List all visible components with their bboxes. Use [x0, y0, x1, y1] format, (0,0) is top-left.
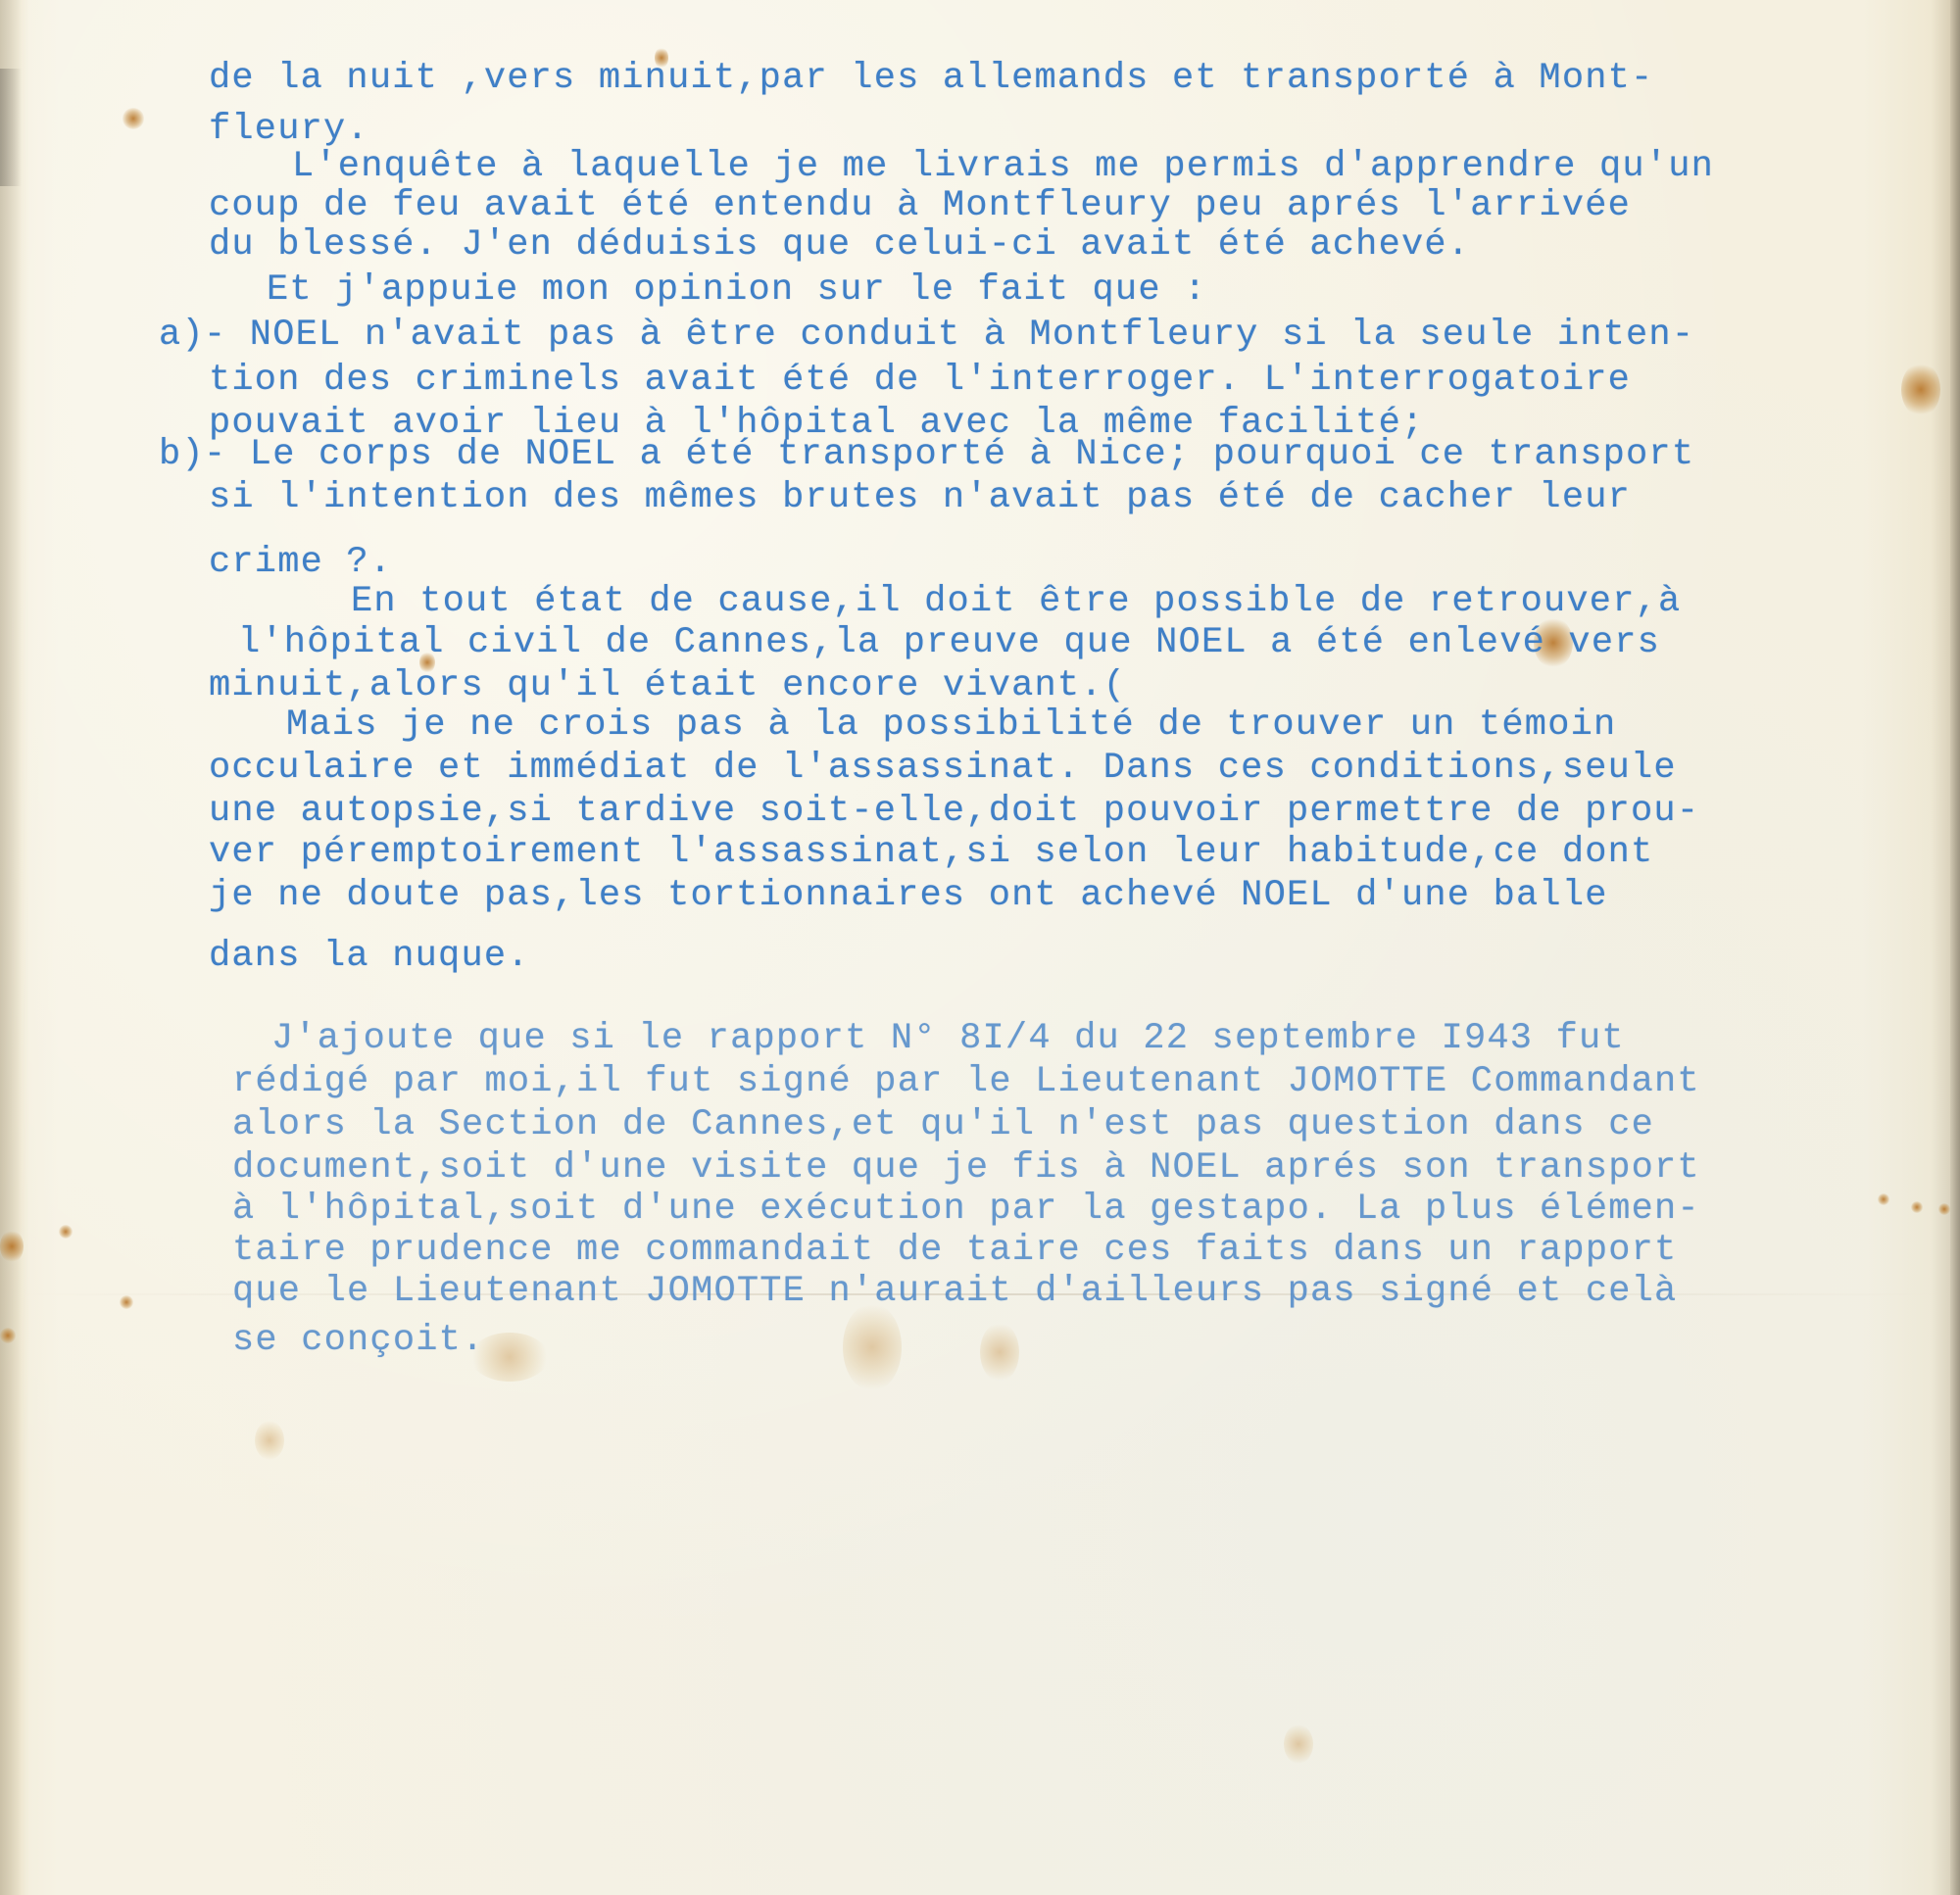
list-marker-b: b)	[159, 435, 205, 474]
text-line: occulaire et immédiat de l'assassinat. D…	[209, 749, 1677, 788]
text-line: de la nuit ,vers minuit,par les allemand…	[209, 59, 1653, 98]
text-line: Et j'appuie mon opinion sur le fait que …	[267, 270, 1207, 310]
text-line: tion des criminels avait été de l'interr…	[209, 361, 1631, 400]
text-line: - Le corps de NOEL a été transporté à Ni…	[204, 435, 1694, 474]
text-line: ver péremptoirement l'assassinat,si selo…	[209, 833, 1653, 872]
text-line: - NOEL n'avait pas à être conduit à Mont…	[204, 316, 1694, 355]
text-line: une autopsie,si tardive soit-elle,doit p…	[209, 792, 1699, 831]
text-line: rédigé par moi,il fut signé par le Lieut…	[232, 1062, 1700, 1101]
text-line: minuit,alors qu'il était encore vivant.(	[209, 666, 1126, 705]
text-line: l'hôpital civil de Cannes,la preuve que …	[238, 623, 1660, 662]
text-line: Mais je ne crois pas à la possibilité de…	[286, 705, 1616, 745]
list-marker-a: a)	[159, 316, 205, 355]
text-line: du blessé. J'en déduisis que celui-ci av…	[209, 225, 1470, 265]
text-line: dans la nuque.	[209, 937, 530, 976]
text-line: fleury.	[209, 110, 369, 149]
typewritten-page: de la nuit ,vers minuit,par les allemand…	[0, 0, 1960, 1895]
text-line: document,soit d'une visite que je fis à …	[232, 1148, 1700, 1188]
text-line: à l'hôpital,soit d'une exécution par la …	[232, 1190, 1700, 1229]
text-line: coup de feu avait été entendu à Montfleu…	[209, 186, 1631, 225]
text-line: L'enquête à laquelle je me livrais me pe…	[292, 147, 1714, 186]
document-body: de la nuit ,vers minuit,par les allemand…	[0, 0, 1960, 1895]
text-line: que le Lieutenant JOMOTTE n'aurait d'ail…	[232, 1272, 1677, 1311]
text-line: crime ?.	[209, 543, 392, 582]
text-line: se conçoit.	[232, 1321, 484, 1360]
text-line: taire prudence me commandait de taire ce…	[232, 1231, 1677, 1270]
text-line: J'ajoute que si le rapport N° 8I/4 du 22…	[271, 1019, 1625, 1058]
text-line: En tout état de cause,il doit être possi…	[351, 582, 1681, 621]
text-line: alors la Section de Cannes,et qu'il n'es…	[232, 1105, 1654, 1144]
text-line: si l'intention des mêmes brutes n'avait …	[209, 478, 1631, 517]
text-line: je ne doute pas,les tortionnaires ont ac…	[209, 876, 1608, 915]
